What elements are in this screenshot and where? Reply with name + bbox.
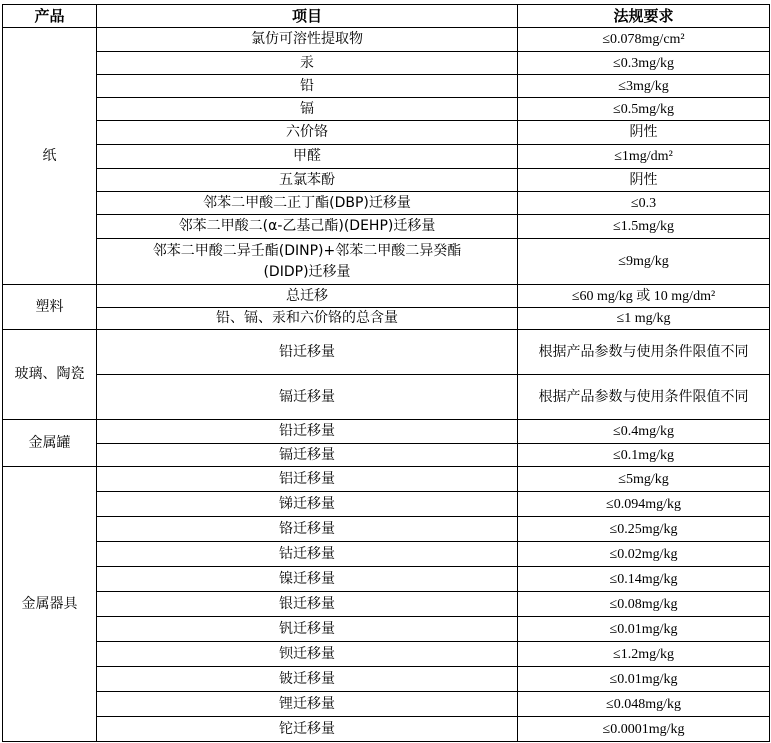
requirement-cell: ≤0.01mg/kg (518, 667, 770, 692)
item-cell: 汞 (97, 52, 518, 75)
item-cell: 镉 (97, 98, 518, 121)
requirement-cell: ≤5mg/kg (518, 467, 770, 492)
table-row: 邻苯二甲酸二正丁酯(DBP)迁移量 ≤0.3 (3, 192, 770, 215)
requirement-cell: ≤0.01mg/kg (518, 617, 770, 642)
requirement-cell: ≤1.2mg/kg (518, 642, 770, 667)
table-row: 邻苯二甲酸二(α-乙基己酯)(DEHP)迁移量 ≤1.5mg/kg (3, 215, 770, 239)
item-cell: 铝迁移量 (97, 467, 518, 492)
requirement-cell: ≤0.1mg/kg (518, 444, 770, 467)
table-row: 塑料 总迁移 ≤60 mg/kg 或 10 mg/dm² (3, 285, 770, 308)
table-row: 汞 ≤0.3mg/kg (3, 52, 770, 75)
requirement-cell: ≤0.094mg/kg (518, 492, 770, 517)
requirement-cell: ≤0.08mg/kg (518, 592, 770, 617)
requirement-cell: ≤1.5mg/kg (518, 215, 770, 239)
product-cell-metal-can: 金属罐 (3, 420, 97, 467)
item-cell: 五氯苯酚 (97, 169, 518, 192)
table-row: 六价铬 阴性 (3, 121, 770, 145)
requirement-cell: ≤0.4mg/kg (518, 420, 770, 444)
header-row: 产品 项目 法规要求 (3, 5, 770, 28)
table-row: 金属罐 铅迁移量 ≤0.4mg/kg (3, 420, 770, 444)
product-cell-glass-ceramic: 玻璃、陶瓷 (3, 330, 97, 420)
requirement-cell: ≤0.5mg/kg (518, 98, 770, 121)
requirement-cell: 根据产品参数与使用条件限值不同 (518, 375, 770, 420)
table-row: 五氯苯酚 阴性 (3, 169, 770, 192)
item-cell: 邻苯二甲酸二正丁酯(DBP)迁移量 (97, 192, 518, 215)
item-cell: 镍迁移量 (97, 567, 518, 592)
requirement-cell: ≤0.3mg/kg (518, 52, 770, 75)
requirement-cell: 根据产品参数与使用条件限值不同 (518, 330, 770, 375)
requirement-cell: ≤9mg/kg (518, 239, 770, 285)
table-row: 铬迁移量 ≤0.25mg/kg (3, 517, 770, 542)
item-cell: 氯仿可溶性提取物 (97, 28, 518, 52)
requirement-cell: ≤0.048mg/kg (518, 692, 770, 717)
table-row: 纸 氯仿可溶性提取物 ≤0.078mg/cm² (3, 28, 770, 52)
item-cell: 锑迁移量 (97, 492, 518, 517)
table-row: 镉迁移量 ≤0.1mg/kg (3, 444, 770, 467)
table-row: 铅、镉、汞和六价铬的总含量 ≤1 mg/kg (3, 308, 770, 330)
header-product: 产品 (3, 5, 97, 28)
requirement-cell: 阴性 (518, 169, 770, 192)
table-row: 镉迁移量 根据产品参数与使用条件限值不同 (3, 375, 770, 420)
product-cell-paper: 纸 (3, 28, 97, 285)
header-item: 项目 (97, 5, 518, 28)
item-cell: 铅迁移量 (97, 330, 518, 375)
regulation-table: 产品 项目 法规要求 纸 氯仿可溶性提取物 ≤0.078mg/cm² 汞 ≤0.… (2, 4, 770, 742)
requirement-cell: ≤0.078mg/cm² (518, 28, 770, 52)
item-cell: 铊迁移量 (97, 717, 518, 742)
item-cell: 邻苯二甲酸二异壬酯(DINP)+邻苯二甲酸二异癸酯(DIDP)迁移量 (97, 239, 518, 285)
requirement-cell: ≤1 mg/kg (518, 308, 770, 330)
table-row: 钒迁移量 ≤0.01mg/kg (3, 617, 770, 642)
product-cell-metal-utensil: 金属器具 (3, 467, 97, 742)
table-row: 镉 ≤0.5mg/kg (3, 98, 770, 121)
item-cell: 银迁移量 (97, 592, 518, 617)
requirement-cell: ≤0.0001mg/kg (518, 717, 770, 742)
item-cell: 铅、镉、汞和六价铬的总含量 (97, 308, 518, 330)
table-row: 甲醛 ≤1mg/dm² (3, 145, 770, 169)
requirement-cell: ≤1mg/dm² (518, 145, 770, 169)
item-cell: 铬迁移量 (97, 517, 518, 542)
table-row: 铅 ≤3mg/kg (3, 75, 770, 98)
requirement-cell: ≤60 mg/kg 或 10 mg/dm² (518, 285, 770, 308)
table-row: 镍迁移量 ≤0.14mg/kg (3, 567, 770, 592)
requirement-cell: ≤0.25mg/kg (518, 517, 770, 542)
table-row: 锑迁移量 ≤0.094mg/kg (3, 492, 770, 517)
table-row: 铊迁移量 ≤0.0001mg/kg (3, 717, 770, 742)
header-requirement: 法规要求 (518, 5, 770, 28)
item-cell: 总迁移 (97, 285, 518, 308)
table-row: 锂迁移量 ≤0.048mg/kg (3, 692, 770, 717)
requirement-cell: ≤3mg/kg (518, 75, 770, 98)
product-cell-plastic: 塑料 (3, 285, 97, 330)
table-row: 银迁移量 ≤0.08mg/kg (3, 592, 770, 617)
item-cell: 铅迁移量 (97, 420, 518, 444)
item-cell: 甲醛 (97, 145, 518, 169)
item-cell: 镉迁移量 (97, 444, 518, 467)
requirement-cell: 阴性 (518, 121, 770, 145)
table-row: 金属器具 铝迁移量 ≤5mg/kg (3, 467, 770, 492)
item-cell: 邻苯二甲酸二(α-乙基己酯)(DEHP)迁移量 (97, 215, 518, 239)
requirement-cell: ≤0.3 (518, 192, 770, 215)
requirement-cell: ≤0.02mg/kg (518, 542, 770, 567)
item-cell: 锂迁移量 (97, 692, 518, 717)
table-row: 铍迁移量 ≤0.01mg/kg (3, 667, 770, 692)
table-row: 钴迁移量 ≤0.02mg/kg (3, 542, 770, 567)
item-cell: 铍迁移量 (97, 667, 518, 692)
item-cell: 铅 (97, 75, 518, 98)
table-row: 玻璃、陶瓷 铅迁移量 根据产品参数与使用条件限值不同 (3, 330, 770, 375)
item-cell: 六价铬 (97, 121, 518, 145)
item-cell: 钴迁移量 (97, 542, 518, 567)
item-cell: 镉迁移量 (97, 375, 518, 420)
table-row: 邻苯二甲酸二异壬酯(DINP)+邻苯二甲酸二异癸酯(DIDP)迁移量 ≤9mg/… (3, 239, 770, 285)
table-row: 钡迁移量 ≤1.2mg/kg (3, 642, 770, 667)
item-cell: 钒迁移量 (97, 617, 518, 642)
item-cell: 钡迁移量 (97, 642, 518, 667)
requirement-cell: ≤0.14mg/kg (518, 567, 770, 592)
